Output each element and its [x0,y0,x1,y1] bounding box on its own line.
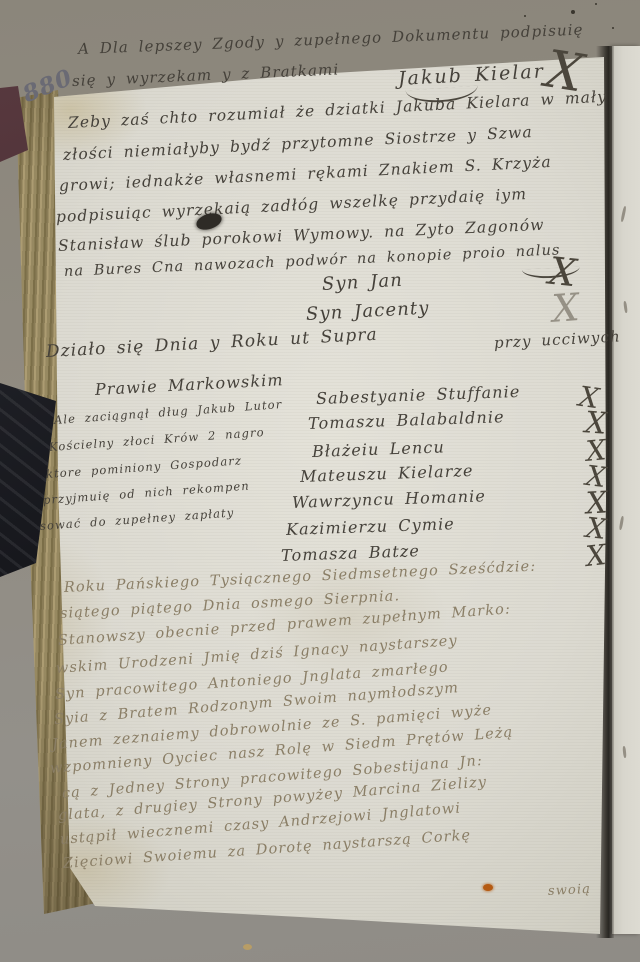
backdrop-stain [243,944,252,950]
facing-page-edge [612,46,640,934]
manuscript-photo: 880 A Dla lepszey Zgody y zupełnego Doku… [0,0,640,962]
son-line: Syn Jan [321,270,403,295]
catchword: swoią [548,882,592,899]
backdrop-speck [524,15,526,17]
son-x-mark: X [550,285,580,331]
text-line: A Dla lepszey Zgody y zupełnego Dokument… [78,21,584,58]
backdrop-speck [612,27,614,29]
facing-page-ink-mark [620,206,626,222]
backdrop-speck [595,3,597,5]
facing-page-ink-mark [619,516,624,530]
rust-spot [483,884,493,891]
witness-x-mark: X [584,538,607,573]
backdrop-speck [571,10,575,14]
facing-page-ink-mark [622,746,626,758]
facing-page-ink-mark [623,301,628,313]
